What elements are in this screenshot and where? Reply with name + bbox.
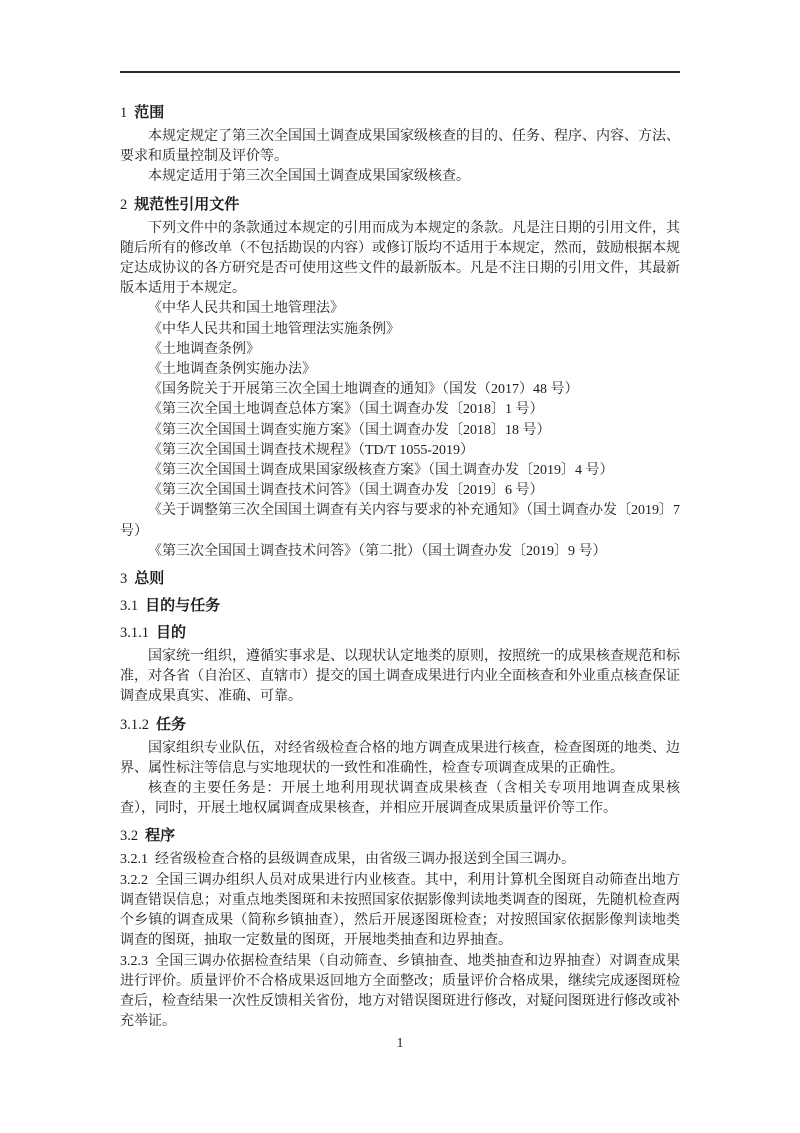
heading-title: 范围 [134,104,164,121]
heading-number: 3.2 [120,828,138,844]
reference-item-2: 《中华人民共和国土地管理法实施条例》 [120,320,680,340]
document-page: 1范围 本规定规定了第三次全国国土调查成果国家级核查的目的、任务、程序、内容、方… [0,0,800,1133]
heading-title: 目的与任务 [145,597,220,614]
document-content: 1范围 本规定规定了第三次全国国土调查成果国家级核查的目的、任务、程序、内容、方… [120,0,680,1032]
scope-paragraph-1: 本规定规定了第三次全国国土调查成果国家级核查的目的、任务、程序、内容、方法、要求… [120,127,680,167]
page-number: 1 [0,1035,800,1051]
purpose-paragraph: 国家统一组织，遵循实事求是、以现状认定地类的原则，按照统一的成果核查规范和标准，… [120,647,680,708]
heading-number: 2 [120,197,127,213]
section-3-heading: 3总则 [120,569,680,589]
clause-number: 3.2.1 [120,852,148,867]
heading-number: 3 [120,571,127,587]
heading-number: 3.1.2 [120,717,149,733]
tasks-paragraph-2: 核查的主要任务是：开展土地利用现状调查成果核查（含相关专项用地调查成果核查），同… [120,779,680,819]
clause-text: 全国三调办组织人员对成果进行内业核查。其中，利用计算机全图斑自动筛查出地方调查错… [120,873,680,949]
section-3-2-heading: 3.2程序 [120,826,680,846]
reference-item-12: 《第三次全国国土调查技术问答》（第二批）（国土调查办发〔2019〕9 号） [120,542,680,562]
reference-item-10: 《第三次全国国土调查技术问答》（国土调查办发〔2019〕6 号） [120,481,680,501]
reference-item-1: 《中华人民共和国土地管理法》 [120,299,680,319]
procedure-clause-1: 3.2.1经省级检查合格的县级调查成果，由省级三调办报送到全国三调办。 [120,850,680,870]
reference-item-8: 《第三次全国国土调查技术规程》（TD/T 1055-2019） [120,441,680,461]
reference-item-6: 《第三次全国土地调查总体方案》（国土调查办发〔2018〕1 号） [120,400,680,420]
reference-item-3: 《土地调查条例》 [120,340,680,360]
heading-title: 任务 [156,716,186,733]
reference-item-7: 《第三次全国国土调查实施方案》（国土调查办发〔2018〕18 号） [120,421,680,441]
tasks-paragraph-1: 国家组织专业队伍，对经省级检查合格的地方调查成果进行核查，检查图斑的地类、边界、… [120,739,680,779]
clause-text: 经省级检查合格的县级调查成果，由省级三调办报送到全国三调办。 [155,852,575,867]
section-3-1-2-heading: 3.1.2任务 [120,715,680,735]
reference-item-11: 《关于调整第三次全国国土调查有关内容与要求的补充通知》（国土调查办发〔2019〕… [120,501,680,541]
heading-number: 1 [120,105,127,121]
section-3-1-1-heading: 3.1.1目的 [120,623,680,643]
section-1-heading: 1范围 [120,103,680,123]
clause-text: 全国三调办依据检查结果（自动筛查、乡镇抽查、地类抽查和边界抽查）对调查成果进行评… [120,954,680,1030]
scope-paragraph-2: 本规定适用于第三次全国国土调查成果国家级核查。 [120,167,680,187]
reference-item-4: 《土地调查条例实施办法》 [120,360,680,380]
heading-number: 3.1 [120,598,138,614]
heading-title: 总则 [134,570,164,587]
reference-item-5: 《国务院关于开展第三次全国土地调查的通知》（国发（2017）48 号） [120,380,680,400]
heading-number: 3.1.1 [120,625,149,641]
section-2-heading: 2规范性引用文件 [120,195,680,215]
clause-number: 3.2.3 [120,954,148,969]
normative-references-intro: 下列文件中的条款通过本规定的引用而成为本规定的条款。凡是注日期的引用文件，其随后… [120,219,680,300]
heading-title: 规范性引用文件 [134,196,239,213]
procedure-clause-2: 3.2.2全国三调办组织人员对成果进行内业核查。其中，利用计算机全图斑自动筛查出… [120,871,680,952]
top-rule [120,71,680,73]
clause-number: 3.2.2 [120,873,148,888]
procedure-clause-3: 3.2.3全国三调办依据检查结果（自动筛查、乡镇抽查、地类抽查和边界抽查）对调查… [120,952,680,1033]
heading-title: 程序 [145,827,175,844]
heading-title: 目的 [156,624,186,641]
section-3-1-heading: 3.1目的与任务 [120,596,680,616]
reference-item-9: 《第三次全国国土调查成果国家级核查方案》（国土调查办发〔2019〕4 号） [120,461,680,481]
